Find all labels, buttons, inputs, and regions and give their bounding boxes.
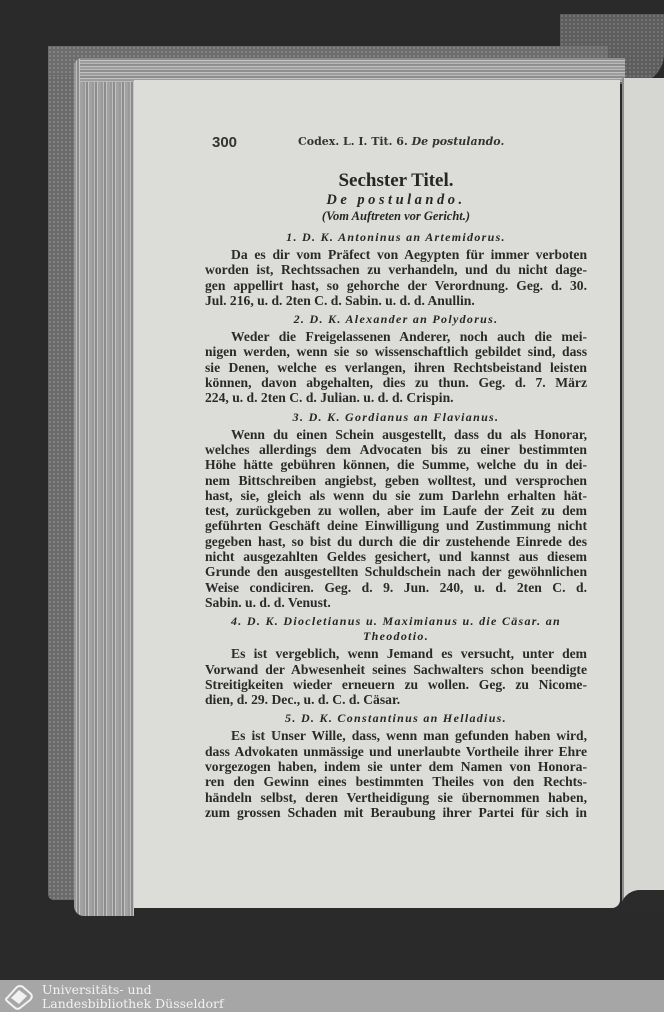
text-line: Höhe hätte gebühren können, die Summe, w… [205,457,587,472]
text-line: Es ist Unser Wille, dass, wenn man gefun… [205,728,587,743]
section-paragraph: Es ist vergeblich, wenn Jemand es versuc… [205,646,587,707]
text-line: können, davon abgehalten, dies zu thun. … [205,375,587,390]
running-head-text: Codex. L. I. Tit. 6. De postulando. [298,135,504,148]
page-number: 300 [212,134,237,151]
running-head: 300 Codex. L. I. Tit. 6. De postulando. [212,134,612,152]
page-body: Sechster Titel. De postulando. (Vom Auft… [205,170,587,822]
text-line: Sabin. u. d. d. Venust. [205,595,587,610]
text-line: gen appellirt hast, so gehorche der Vero… [205,278,587,293]
section-heading: 1. D. K. Antoninus an Artemidorus. [205,230,587,245]
text-line: nicht ausgezahlten Geldes gesichert, und… [205,549,587,564]
text-line: vorgezogen haben, indem sie unter dem Na… [205,759,587,774]
section-paragraph: Weder die Freigelassenen Anderer, noch a… [205,329,587,405]
text-line: Jul. 216, u. d. 2ten C. d. Sabin. u. d. … [205,293,587,308]
text-line: dass Advokaten unmässige und unerlaubte … [205,744,587,759]
section-heading: 5. D. K. Constantinus an Helladius. [205,711,587,726]
text-line: hast, sie, gleich als wenn du sie zum Da… [205,488,587,503]
section-heading-continued: Theodotio. [205,629,587,644]
text-line: sie Denen, welche es verlangen, ihren Re… [205,360,587,375]
text-line: geführten Geschäft deine Einwilligung un… [205,518,587,533]
page-block-top-edges [80,58,625,82]
book-logo-icon [4,984,34,1010]
footer-line-2: Landesbibliothek Düsseldorf [42,996,224,1011]
text-line: ren den Gewinn eines bestimmten Theiles … [205,774,587,789]
library-footer: Universitäts- und Landesbibliothek Düsse… [0,980,664,1012]
text-line: Da es dir vom Präfect von Aegypten für i… [205,247,587,262]
facing-page [622,78,664,902]
text-line: 224, u. d. 2ten C. d. Julian. u. d. d. C… [205,390,587,405]
chapter-title: Sechster Titel. [205,170,587,192]
text-line: Streitigkeiten wieder erneuern zu wollen… [205,677,587,692]
section-paragraph: Es ist Unser Wille, dass, wenn man gefun… [205,728,587,820]
text-line: händeln selbst, deren Vertheidigung sie … [205,790,587,805]
text-line: Es ist vergeblich, wenn Jemand es versuc… [205,646,587,661]
section-heading: 3. D. K. Gordianus an Flavianus. [205,410,587,425]
section-heading: 2. D. K. Alexander an Polydorus. [205,312,587,327]
text-line: Vorwand der Abwesenheit seines Sachwalte… [205,662,587,677]
running-head-codex: Codex. L. I. Tit. 6. [298,135,408,148]
running-head-italic: De postulando. [412,135,505,148]
text-line: dien, d. 29. Dec., u. d. C. d. Cäsar. [205,692,587,707]
section-paragraph: Da es dir vom Präfect von Aegypten für i… [205,247,587,308]
text-line: nem Bittschreiben angiebst, geben wollte… [205,473,587,488]
text-line: zum grossen Schaden mit Beraubung ihrer … [205,805,587,820]
chapter-german-title: (Vom Auftreten vor Gericht.) [205,209,587,224]
chapter-latin-title: De postulando. [205,192,587,209]
text-line: welches allerdings dem Advocaten bis zu … [205,442,587,457]
text-line: worden ist, Rechtssachen zu verhandeln, … [205,262,587,277]
text-line: Wenn du einen Schein ausgestellt, dass d… [205,427,587,442]
section-heading: 4. D. K. Diocletianus u. Maximianus u. d… [205,614,587,629]
text-line: Weise condiciren. Geg. d. 9. Jun. 240, u… [205,580,587,595]
text-line: gegeben hast, so bist du durch die dir z… [205,534,587,549]
text-line: Weder die Freigelassenen Anderer, noch a… [205,329,587,344]
text-line: test, zurückgeben zu wollen, aber im Lau… [205,503,587,518]
text-line: Grunde den ausgestellten Schuldschein na… [205,564,587,579]
text-line: nigen werden, wenn sie so wissenschaftli… [205,344,587,359]
section-paragraph: Wenn du einen Schein ausgestellt, dass d… [205,427,587,611]
page-block-edges [74,58,134,916]
footer-line-1: Universitäts- und [42,982,152,997]
